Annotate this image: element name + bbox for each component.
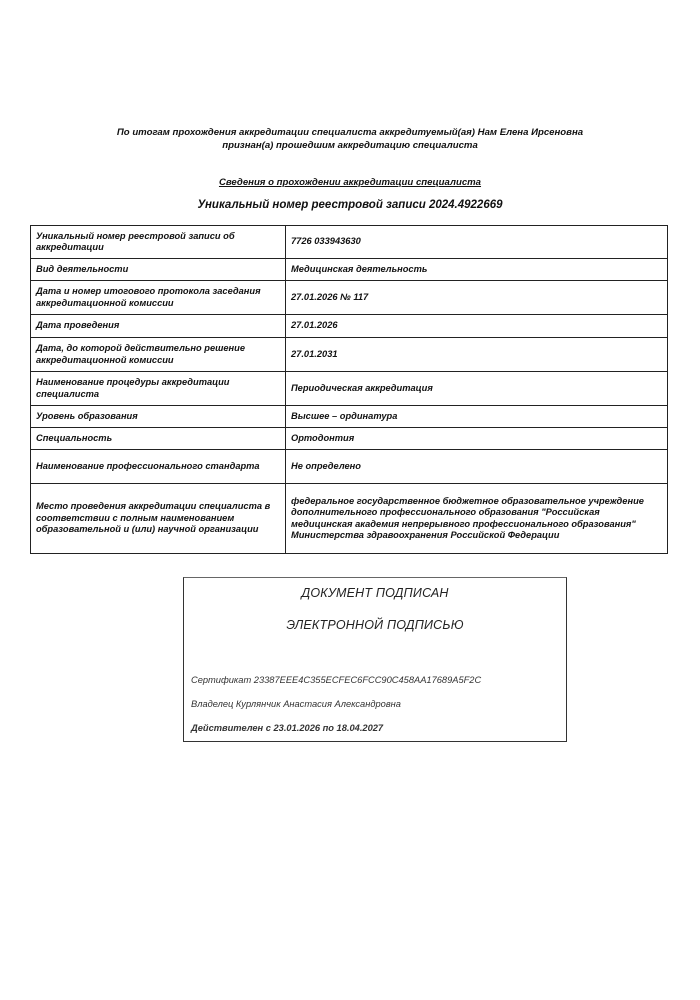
row-label: Наименование процедуры аккредитации спец… [31,372,286,406]
stamp-validity: Действителен с 23.01.2026 по 18.04.2027 [191,723,383,733]
electronic-signature-stamp: ДОКУМЕНТ ПОДПИСАН ЭЛЕКТРОННОЙ ПОДПИСЬЮ С… [183,577,567,742]
row-label: Дата и номер итогового протокола заседан… [31,281,286,315]
intro-line-2: признан(а) прошедшим аккредитацию специа… [60,139,640,152]
intro-line-1: По итогам прохождения аккредитации специ… [60,126,640,139]
table-row: Дата и номер итогового протокола заседан… [31,281,668,315]
row-value: Высшее – ординатура [286,406,668,428]
table-row: Дата, до которой действительно решение а… [31,338,668,372]
table-row: Место проведения аккредитации специалист… [31,484,668,554]
row-value: Периодическая аккредитация [286,372,668,406]
row-value: 27.01.2031 [286,338,668,372]
row-label: Уровень образования [31,406,286,428]
table-row: Вид деятельности Медицинская деятельност… [31,259,668,281]
table-row: Уникальный номер реестровой записи об ак… [31,226,668,259]
accreditation-details-table: Уникальный номер реестровой записи об ак… [30,225,668,554]
row-value: Ортодонтия [286,428,668,450]
row-value: Не определено [286,450,668,484]
row-label: Дата проведения [31,315,286,338]
row-value: Медицинская деятельность [286,259,668,281]
row-label: Уникальный номер реестровой записи об ак… [31,226,286,259]
table-row: Дата проведения 27.01.2026 [31,315,668,338]
table-row: Уровень образования Высшее – ординатура [31,406,668,428]
row-label: Дата, до которой действительно решение а… [31,338,286,372]
stamp-certificate: Сертификат 23387EEE4C355ECFEC6FCC90C458A… [191,675,481,685]
row-value: федеральное государственное бюджетное об… [286,484,668,554]
stamp-heading-signed: ДОКУМЕНТ ПОДПИСАН [184,586,566,600]
accreditation-intro: По итогам прохождения аккредитации специ… [60,126,640,152]
stamp-heading-electronic: ЭЛЕКТРОННОЙ ПОДПИСЬЮ [184,618,566,632]
stamp-owner: Владелец Курлянчик Анастасия Александров… [191,699,401,709]
row-label: Наименование профессионального стандарта [31,450,286,484]
table-row: Наименование профессионального стандарта… [31,450,668,484]
row-value: 27.01.2026 № 117 [286,281,668,315]
row-label: Вид деятельности [31,259,286,281]
table-row: Специальность Ортодонтия [31,428,668,450]
row-label: Место проведения аккредитации специалист… [31,484,286,554]
row-label: Специальность [31,428,286,450]
registry-number-title: Уникальный номер реестровой записи 2024.… [100,199,600,211]
row-value: 7726 033943630 [286,226,668,259]
section-title: Сведения о прохождении аккредитации спец… [100,177,600,188]
table-row: Наименование процедуры аккредитации спец… [31,372,668,406]
row-value: 27.01.2026 [286,315,668,338]
